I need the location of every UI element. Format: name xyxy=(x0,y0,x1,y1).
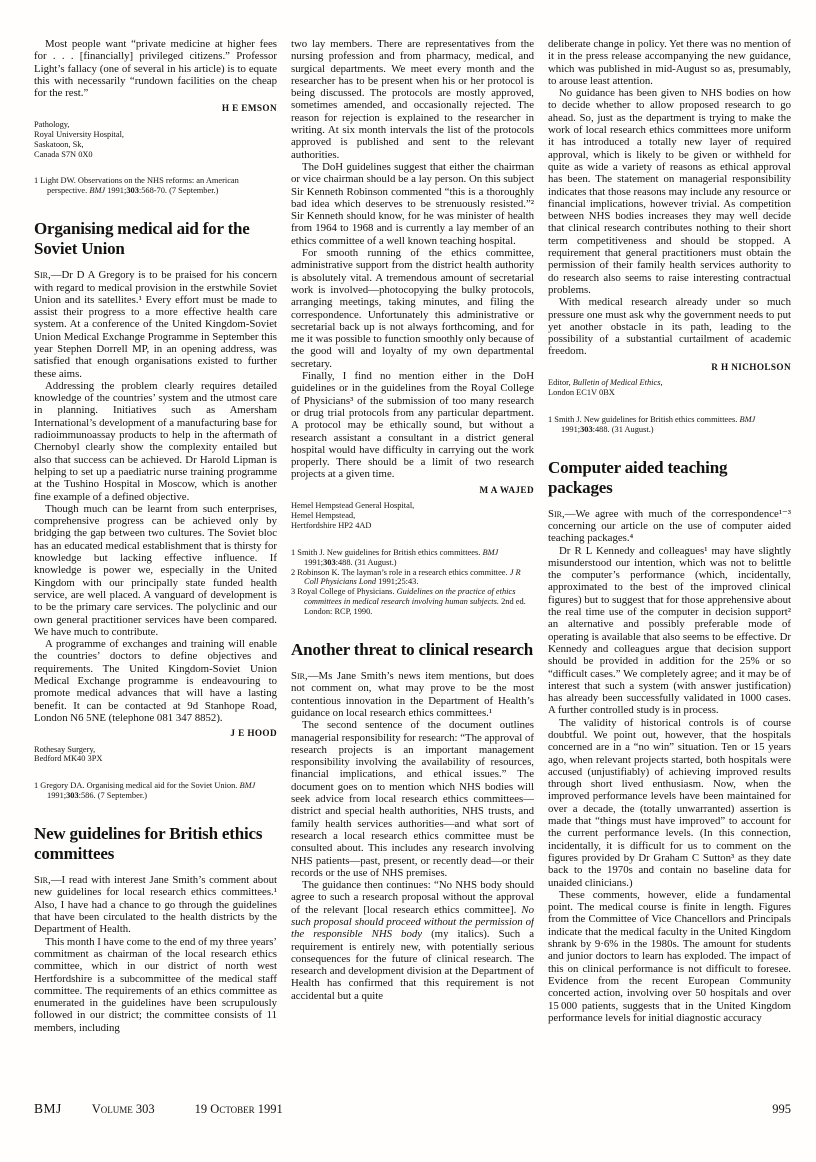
text-run: Sir xyxy=(34,269,48,281)
reference-item: 1 Light DW. Observations on the NHS refo… xyxy=(34,176,277,196)
body-paragraph: deliberate change in policy. Yet there w… xyxy=(548,38,791,87)
body-paragraph: Most people want “private medicine at hi… xyxy=(34,38,277,99)
author-address: Pathology,Royal University Hospital,Sask… xyxy=(34,120,277,160)
text-run: Saskatoon, Sk, xyxy=(34,140,84,149)
text-run: Sir xyxy=(548,508,562,520)
body-paragraph: Sir,—Dr D A Gregory is to be praised for… xyxy=(34,269,277,380)
text-run: 303 xyxy=(66,791,79,800)
text-run: Sir xyxy=(34,874,48,886)
text-run: Hertfordshire HP2 4AD xyxy=(291,521,371,530)
address-line: Pathology, xyxy=(34,120,277,130)
text-run: 1991; xyxy=(561,425,580,434)
text-run: Sir xyxy=(291,670,305,682)
body-paragraph: Sir,—Ms Jane Smith’s news item mentions,… xyxy=(291,670,534,719)
reference-list: 1 Light DW. Observations on the NHS refo… xyxy=(34,176,277,196)
address-line: London EC1V 0BX xyxy=(548,388,791,398)
letter-heading: New guidelines for British ethics commit… xyxy=(34,824,277,864)
text-run: 303 xyxy=(323,558,336,567)
text-run: BMJ xyxy=(739,415,755,424)
text-run: ,—We agree with much of the corresponden… xyxy=(548,508,791,545)
body-paragraph: These comments, however, elide a fundame… xyxy=(548,889,791,1024)
body-paragraph: two lay members. There are representativ… xyxy=(291,38,534,161)
reference-list: 1 Smith J. New guidelines for British et… xyxy=(291,548,534,617)
letter-heading: Computer aided teaching packages xyxy=(548,458,791,498)
letter-heading: Another threat to clinical research xyxy=(291,640,534,660)
body-paragraph: The second sentence of the document outl… xyxy=(291,719,534,879)
text-run: 1991; xyxy=(105,186,126,195)
journal-title: BMJ xyxy=(34,1101,62,1117)
address-line: Editor, Bulletin of Medical Ethics, xyxy=(548,378,791,388)
text-run: Bedford MK40 3PX xyxy=(34,754,102,763)
letters-content: Most people want “private medicine at hi… xyxy=(34,38,791,1092)
page-footer: BMJ Volume 303 19 October 1991 995 xyxy=(34,1101,791,1117)
address-line: Hertfordshire HP2 4AD xyxy=(291,521,534,531)
journal-page: Most people want “private medicine at hi… xyxy=(0,0,816,1162)
body-paragraph: Finally, I find no mention either in the… xyxy=(291,370,534,481)
body-paragraph: Though much can be learnt from such ente… xyxy=(34,503,277,638)
author-address: Editor, Bulletin of Medical Ethics,Londo… xyxy=(548,378,791,398)
reference-list: 1 Gregory DA. Organising medical aid for… xyxy=(34,781,277,801)
body-paragraph: The validity of historical controls is o… xyxy=(548,717,791,889)
address-line: Royal University Hospital, xyxy=(34,130,277,140)
body-paragraph: The guidance then continues: “No NHS bod… xyxy=(291,879,534,1002)
text-run: 1991;25:43. xyxy=(376,577,418,586)
address-line: Hemel Hempstead, xyxy=(291,511,534,521)
text-run: 303 xyxy=(126,186,139,195)
author-address: Rothesay Surgery,Bedford MK40 3PX xyxy=(34,745,277,765)
text-run: 3 Royal College of Physicians. xyxy=(291,587,397,596)
reference-item: 1 Smith J. New guidelines for British et… xyxy=(548,415,791,435)
text-run: ,—Ms Jane Smith’s news item mentions, bu… xyxy=(291,670,534,719)
reference-item: 3 Royal College of Physicians. Guideline… xyxy=(291,587,534,617)
text-run: Hemel Hempstead General Hospital, xyxy=(291,501,414,510)
text-run: Editor, xyxy=(548,378,573,387)
text-run: 1 Smith J. New guidelines for British et… xyxy=(548,415,739,424)
author-signature: R H NICHOLSON xyxy=(548,361,791,373)
text-run: Canada S7N 0X0 xyxy=(34,150,93,159)
text-run: ,—Dr D A Gregory is to be praised for hi… xyxy=(34,269,277,379)
body-paragraph: With medical research already under so m… xyxy=(548,296,791,357)
author-signature: M A WAJED xyxy=(291,484,534,496)
body-paragraph: A programme of exchanges and training wi… xyxy=(34,638,277,724)
text-run: 1 Smith J. New guidelines for British et… xyxy=(291,548,482,557)
reference-list: 1 Smith J. New guidelines for British et… xyxy=(548,415,791,435)
author-signature: J E HOOD xyxy=(34,727,277,739)
page-number: 995 xyxy=(772,1102,791,1117)
text-column-1: Most people want “private medicine at hi… xyxy=(34,38,277,1092)
letter-heading: Organising medical aid for the Soviet Un… xyxy=(34,219,277,259)
text-run: London EC1V 0BX xyxy=(548,388,615,397)
text-run: Pathology, xyxy=(34,120,70,129)
text-run: :568-70. (7 September.) xyxy=(139,186,219,195)
text-run: 303 xyxy=(580,425,593,434)
reference-item: 1 Smith J. New guidelines for British et… xyxy=(291,548,534,568)
text-run: :488. (31 August.) xyxy=(336,558,397,567)
text-run: The guidance then continues: “No NHS bod… xyxy=(291,879,534,916)
body-paragraph: Dr R L Kennedy and colleagues¹ may have … xyxy=(548,545,791,717)
address-line: Saskatoon, Sk, xyxy=(34,140,277,150)
body-paragraph: No guidance has been given to NHS bodies… xyxy=(548,87,791,296)
author-address: Hemel Hempstead General Hospital,Hemel H… xyxy=(291,501,534,531)
text-run: 1 Gregory DA. Organising medical aid for… xyxy=(34,781,239,790)
volume-label: Volume 303 xyxy=(92,1102,155,1117)
text-run: :586. (7 September.) xyxy=(79,791,147,800)
address-line: Canada S7N 0X0 xyxy=(34,150,277,160)
text-run: 2 Robinson K. The layman’s role in a res… xyxy=(291,568,510,577)
text-run: BMJ xyxy=(482,548,498,557)
text-run: ,—I read with interest Jane Smith’s comm… xyxy=(34,874,277,935)
body-paragraph: Addressing the problem clearly requires … xyxy=(34,380,277,503)
text-run: BMJ xyxy=(89,186,105,195)
body-paragraph: For smooth running of the ethics committ… xyxy=(291,247,534,370)
body-paragraph: The DoH guidelines suggest that either t… xyxy=(291,161,534,247)
text-run: Rothesay Surgery, xyxy=(34,745,95,754)
reference-item: 1 Gregory DA. Organising medical aid for… xyxy=(34,781,277,801)
text-run: , xyxy=(660,378,662,387)
text-run: BMJ xyxy=(239,781,255,790)
body-paragraph: This month I have come to the end of my … xyxy=(34,936,277,1034)
text-run: 1991; xyxy=(47,791,66,800)
text-column-2: two lay members. There are representativ… xyxy=(291,38,534,1092)
text-run: Hemel Hempstead, xyxy=(291,511,355,520)
body-paragraph: Sir,—I read with interest Jane Smith’s c… xyxy=(34,874,277,935)
text-run: 1991; xyxy=(304,558,323,567)
issue-date: 19 October 1991 xyxy=(195,1102,283,1117)
author-signature: H E EMSON xyxy=(34,102,277,114)
text-run: Bulletin of Medical Ethics xyxy=(573,378,661,387)
text-run: Royal University Hospital, xyxy=(34,130,124,139)
text-run: :488. (31 August.) xyxy=(593,425,654,434)
reference-item: 2 Robinson K. The layman’s role in a res… xyxy=(291,568,534,588)
text-column-3: deliberate change in policy. Yet there w… xyxy=(548,38,791,1092)
body-paragraph: Sir,—We agree with much of the correspon… xyxy=(548,508,791,545)
address-line: Bedford MK40 3PX xyxy=(34,754,277,764)
address-line: Hemel Hempstead General Hospital, xyxy=(291,501,534,511)
address-line: Rothesay Surgery, xyxy=(34,745,277,755)
